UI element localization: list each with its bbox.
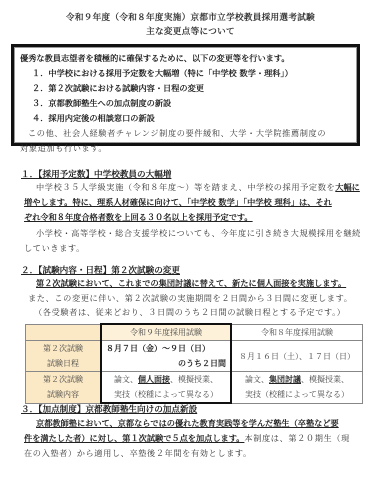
summary-intro: 優秀な教員志望者を積極的に確保するために、以下の変更等を行います。	[20, 51, 351, 66]
r9-content-emphasis: 個人面接	[138, 375, 170, 384]
summary-item-2: ２．第２次試験における試験内容・日程の変更	[20, 81, 351, 96]
section2-para-line2: また、この変更に伴い、第２次試験の実施期間を２日間から３日間に変更します。	[28, 291, 352, 306]
section3-heading: ３．【加点制度】京都教師塾生向けの加点新設	[21, 403, 197, 415]
row-label-schedule: 第２次試験 試験日程	[26, 341, 102, 372]
summary-other-line2: 対象追加も行います。	[20, 141, 351, 156]
row-label-line2: 試験日程	[26, 356, 100, 371]
r9-schedule-line2: のうち２日間	[102, 356, 230, 371]
r9-content: 論文、個人面接、模擬授業、 実技（校種によって異なる）	[101, 372, 231, 404]
section2-heading: ２．【試験内容・日程】第２次試験の変更	[21, 264, 180, 276]
row-label-line2: 試験内容	[26, 387, 100, 402]
summary-box: 優秀な教員志望者を積極的に確保するために、以下の変更等を行います。 １．中学校に…	[11, 44, 360, 146]
section3-para-line3: 在の入塾者）から適用し、卒塾後２年間を有効とします。	[24, 446, 252, 461]
document-title: 令和９年度（令和８年度実施）京都市立学校教員採用選考試験	[0, 11, 381, 23]
section1-para-line4: 小学校・高等学校・総合支援学校についても、今年度に引き続き大規模採用を継続	[36, 226, 361, 241]
section3-p2-emphasis: 件を満たした者）に対し、第１次試験で５点を加点します。	[24, 433, 244, 443]
summary-item-1: １．中学校における採用予定数を大幅増（特に「中学校 数学・理科」）	[20, 66, 351, 81]
section1-p1-text: 中学校３５人学級実施（令和８年度～）等を踏まえ、中学校の採用予定数を	[36, 182, 335, 192]
r8-schedule: ８月１６日（土）、１７日（日）	[231, 341, 363, 372]
r9-schedule: ８月７日（金）～９日（日） のうち２日間	[101, 341, 231, 372]
table-header-empty	[26, 324, 102, 341]
section1-para-line1: 中学校３５人学級実施（令和８年度～）等を踏まえ、中学校の採用予定数を大幅に	[36, 180, 360, 195]
document-subtitle: 主な変更点等について	[0, 25, 381, 37]
summary-item-3: ３．京都教師塾生への加点制度の新設	[20, 96, 351, 111]
table-row: 第２次試験 試験日程 ８月７日（金）～９日（日） のうち２日間 ８月１６日（土）…	[26, 341, 363, 372]
section3-para-line1: 京都教師塾において、京都ならではの優れた教育実践等を学んだ塾生（卒塾など要	[36, 416, 339, 431]
r8-content: 論文、集団討議、模擬授業、 実技（校種によって異なる）	[231, 372, 363, 404]
r9-schedule-line1: ８月７日（金）～９日（日）	[102, 341, 230, 356]
section3-p2-text: 本制度は、第２０期生（現	[244, 433, 349, 443]
r8-content-post: 、模擬授業、	[301, 375, 349, 384]
table-header-r8: 令和８年度採用試験	[231, 324, 363, 341]
r9-content-line1: 論文、個人面接、模擬授業、	[102, 372, 230, 387]
row-label-line1: 第２次試験	[26, 372, 100, 387]
r8-content-line2: 実技（校種によって異なる）	[232, 387, 362, 402]
r9-content-post: 、模擬授業、	[170, 375, 218, 384]
table-row: 第２次試験 試験内容 論文、個人面接、模擬授業、 実技（校種によって異なる） 論…	[26, 372, 363, 404]
summary-item-4: ４．採用内定後の相談窓口の新設	[20, 111, 351, 126]
r9-content-pre: 論文、	[114, 375, 138, 384]
r9-content-line2: 実技（校種によって異なる）	[102, 387, 230, 402]
section1-para-line5: していきます。	[24, 241, 85, 256]
section1-para-line3: ぞれ令和８年度合格者数を上回る３０名以上を採用予定です。	[24, 210, 253, 225]
section2-para-line3: （各受験者は、従来どおり、３日間のうち２日間の試験日程とする予定です。）	[34, 305, 346, 320]
r8-content-line1: 論文、集団討議、模擬授業、	[232, 372, 362, 387]
section2-para-line1: 第２次試験において、これまでの集団討議に替えて、新たに個人面接を実施します。	[36, 276, 346, 291]
comparison-table: 令和９年度採用試験 令和８年度採用試験 第２次試験 試験日程 ８月７日（金）～９…	[25, 323, 363, 404]
section1-p1-emphasis: 大幅に	[335, 182, 360, 192]
r8-content-emphasis: 集団討議	[269, 375, 301, 384]
table-header-row: 令和９年度採用試験 令和８年度採用試験	[26, 324, 363, 341]
section1-heading: １．【採用予定数】中学校教員の大幅増	[21, 168, 171, 180]
table-header-r9: 令和９年度採用試験	[101, 324, 231, 341]
summary-other-line1: この他、社会人経験者チャレンジ制度の要件緩和、大学・大学院推薦制度の	[20, 126, 351, 141]
row-label-content: 第２次試験 試験内容	[26, 372, 102, 404]
section3-para-line2: 件を満たした者）に対し、第１次試験で５点を加点します。本制度は、第２０期生（現	[24, 431, 350, 446]
row-label-line1: 第２次試験	[26, 341, 100, 356]
section1-para-line2: 増やします。特に、理系人材確保に向けて、「中学校 数学」「中学校 理科」は、それ	[24, 195, 332, 210]
r8-content-pre: 論文、	[245, 375, 269, 384]
